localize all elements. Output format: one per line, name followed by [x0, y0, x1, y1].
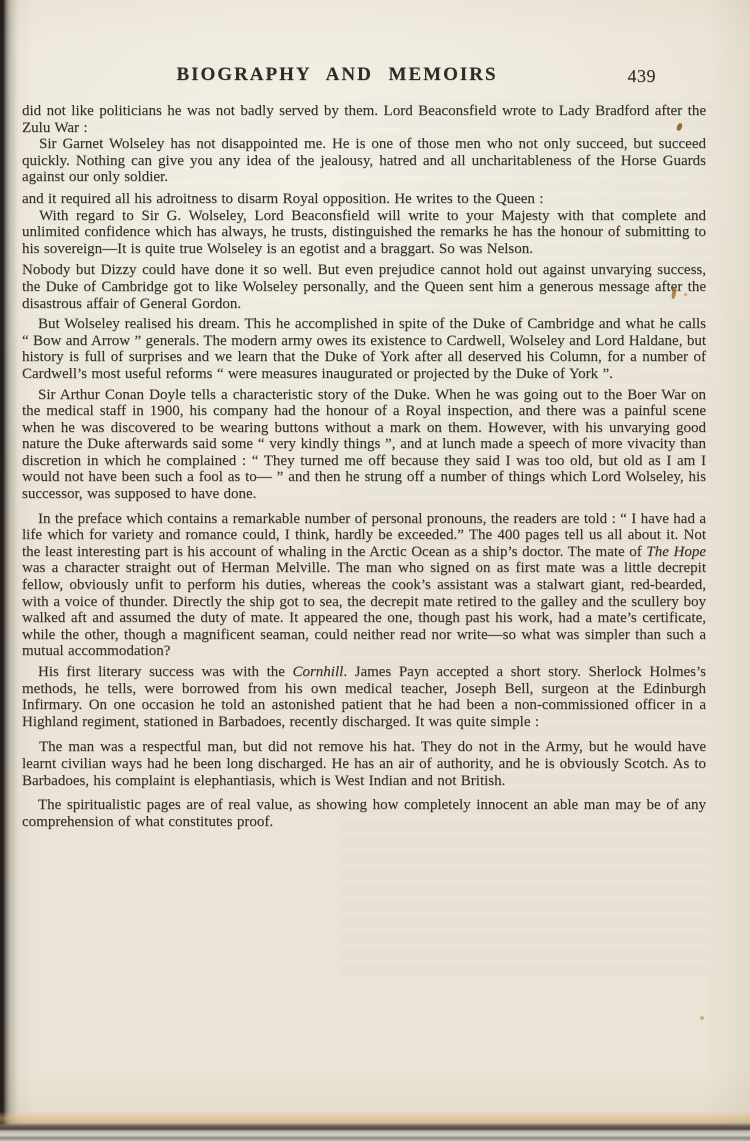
foxing-stain: [684, 293, 687, 296]
foxing-stain: [700, 1016, 704, 1020]
paragraph: Sir Arthur Conan Doyle tells a character…: [22, 387, 706, 503]
page-number: 439: [628, 66, 657, 87]
paragraph: But Wolseley realised his dream. This he…: [22, 316, 706, 382]
block-quote: Sir Garnet Wolseley has not disappointed…: [22, 136, 706, 186]
paragraph: Nobody but Dizzy could have done it so w…: [22, 262, 706, 312]
scan-left-page-edge: [0, 0, 18, 1141]
paragraph: His first literary success was with the …: [22, 664, 706, 730]
running-header: BIOGRAPHY AND MEMOIRS 439: [22, 64, 706, 90]
book-page-scan: BIOGRAPHY AND MEMOIRS 439 did not like p…: [0, 0, 750, 1141]
paragraph: and it required all his adroitness to di…: [22, 191, 706, 208]
paragraph: did not like politicians he was not badl…: [22, 103, 706, 136]
paragraph: In the preface which contains a remarkab…: [22, 511, 706, 660]
paragraph: The spiritualistic pages are of real val…: [22, 797, 706, 830]
section-title: BIOGRAPHY AND MEMOIRS: [0, 64, 679, 86]
block-quote: With regard to Sir G. Wolseley, Lord Bea…: [22, 208, 706, 258]
text-column: BIOGRAPHY AND MEMOIRS 439 did not like p…: [22, 64, 706, 830]
block-quote: The man was a respectful man, but did no…: [22, 739, 706, 789]
scan-bottom-page-edge: [0, 1105, 750, 1141]
